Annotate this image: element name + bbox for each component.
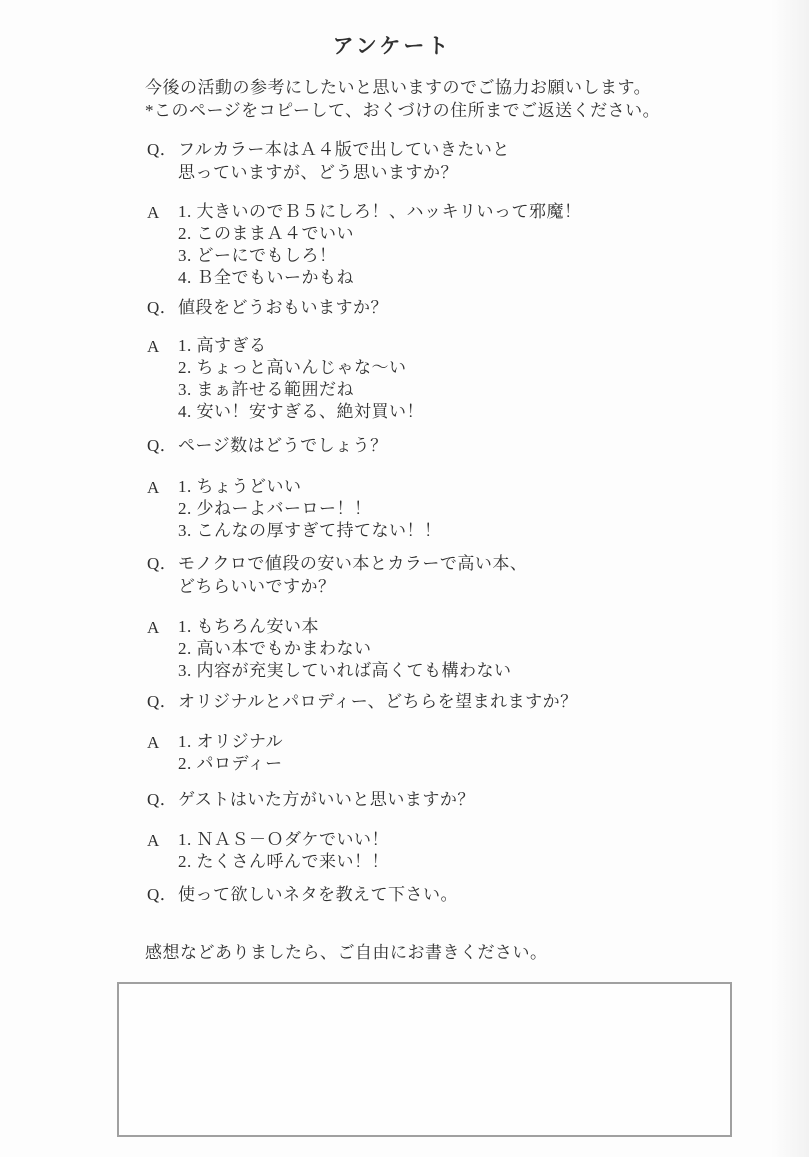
answer-option: 4. 安い！安すぎる、絶対買い！: [178, 401, 424, 423]
answer-block-2: A1. 高すぎる2. ちょっと高いんじゃな～い3. まぁ許せる範囲だね4. 安い…: [147, 335, 424, 423]
answer-option: 1. 大きいのでＢ５にしろ！、ハッキリいって邪魔！: [178, 201, 582, 223]
question-text: ページ数はどうでしょう？: [178, 434, 388, 457]
answer-block-6: A1. ＮＡＳ－Ｏダケでいい！2. たくさん呼んで来い！！: [147, 829, 389, 873]
answer-option: 2. このままＡ４でいい: [178, 223, 582, 245]
question-prefix: Q．: [147, 690, 178, 713]
question-prefix: Q．: [147, 788, 178, 811]
question-text-line: ゲストはいた方がいいと思いますか？: [178, 788, 475, 811]
question-prefix: Q．: [147, 552, 178, 575]
question-block-6: Q．ゲストはいた方がいいと思いますか？: [147, 788, 475, 811]
answer-options: 1. ちょうどいい2. 少ねーよバーロー！！3. こんなの厚すぎて持てない！！: [178, 476, 442, 542]
scanned-questionnaire-page: アンケート 今後の活動の参考にしたいと思いますのでご協力お願いします。 *このペ…: [0, 0, 809, 1157]
question-text-line: 使って欲しいネタを教えて下さい。: [178, 883, 458, 906]
comments-writein-box: [117, 982, 732, 1137]
answer-option: 3. こんなの厚すぎて持てない！！: [178, 520, 442, 542]
intro-line-1: 今後の活動の参考にしたいと思いますのでご協力お願いします。: [145, 76, 660, 99]
question-text-line: 思っていますが、どう思いますか？: [178, 161, 510, 184]
question-text-line: ページ数はどうでしょう？: [178, 434, 388, 457]
answer-option: 2. パロディー: [178, 753, 283, 775]
answer-option: 3. まぁ許せる範囲だね: [178, 379, 424, 401]
answer-block-5: A1. オリジナル2. パロディー: [147, 731, 283, 775]
answer-options: 1. オリジナル2. パロディー: [178, 731, 283, 775]
question-text: 使って欲しいネタを教えて下さい。: [178, 883, 458, 906]
answer-option: 1. ちょうどいい: [178, 476, 442, 498]
answer-option: 4. Ｂ全でもいーかもね: [178, 267, 582, 289]
intro-text: 今後の活動の参考にしたいと思いますのでご協力お願いします。 *このページをコピー…: [145, 76, 660, 122]
intro-line-2: *このページをコピーして、おくづけの住所までご返送ください。: [145, 99, 660, 122]
answer-prefix: A: [147, 335, 178, 358]
answer-option: 2. たくさん呼んで来い！！: [178, 851, 389, 873]
question-block-7: Q．使って欲しいネタを教えて下さい。: [147, 883, 458, 906]
answer-prefix: A: [147, 201, 178, 224]
answer-prefix: A: [147, 829, 178, 852]
question-text-line: オリジナルとパロディー、どちらを望まれますか？: [178, 690, 578, 713]
answer-option: 3. 内容が充実していれば高くても構わない: [178, 660, 512, 682]
question-prefix: Q．: [147, 434, 178, 457]
page-title: アンケート: [0, 33, 784, 59]
answer-block-4: A1. もちろん安い本2. 高い本でもかまわない3. 内容が充実していれば高くて…: [147, 616, 512, 682]
answer-options: 1. ＮＡＳ－Ｏダケでいい！2. たくさん呼んで来い！！: [178, 829, 389, 873]
answer-block-1: A1. 大きいのでＢ５にしろ！、ハッキリいって邪魔！2. このままＡ４でいい3.…: [147, 201, 582, 289]
answer-prefix: A: [147, 731, 178, 754]
answer-options: 1. もちろん安い本2. 高い本でもかまわない3. 内容が充実していれば高くても…: [178, 616, 512, 682]
page-edge-shadow: [771, 0, 809, 1157]
answer-options: 1. 大きいのでＢ５にしろ！、ハッキリいって邪魔！2. このままＡ４でいい3. …: [178, 201, 582, 289]
answer-prefix: A: [147, 476, 178, 499]
answer-option: 1. オリジナル: [178, 731, 283, 753]
question-text-line: モノクロで値段の安い本とカラーで高い本、: [178, 552, 527, 575]
question-prefix: Q．: [147, 883, 178, 906]
answer-options: 1. 高すぎる2. ちょっと高いんじゃな～い3. まぁ許せる範囲だね4. 安い！…: [178, 335, 424, 423]
answer-option: 2. ちょっと高いんじゃな～い: [178, 357, 424, 379]
question-text: モノクロで値段の安い本とカラーで高い本、どちらいいですか？: [178, 552, 527, 598]
question-text-line: フルカラー本はＡ４版で出していきたいと: [178, 138, 510, 161]
question-text: オリジナルとパロディー、どちらを望まれますか？: [178, 690, 578, 713]
answer-option: 1. 高すぎる: [178, 335, 424, 357]
question-prefix: Q．: [147, 296, 178, 319]
question-text: ゲストはいた方がいいと思いますか？: [178, 788, 475, 811]
question-block-1: Q．フルカラー本はＡ４版で出していきたいと思っていますが、どう思いますか？: [147, 138, 510, 184]
answer-option: 1. もちろん安い本: [178, 616, 512, 638]
answer-block-3: A1. ちょうどいい2. 少ねーよバーロー！！3. こんなの厚すぎて持てない！！: [147, 476, 442, 542]
question-block-2: Q．値段をどうおもいますか？: [147, 296, 388, 319]
question-text-line: 値段をどうおもいますか？: [178, 296, 388, 319]
answer-option: 2. 高い本でもかまわない: [178, 638, 512, 660]
answer-option: 3. どーにでもしろ！: [178, 245, 582, 267]
answer-prefix: A: [147, 616, 178, 639]
question-text-line: どちらいいですか？: [178, 575, 527, 598]
question-block-4: Q．モノクロで値段の安い本とカラーで高い本、どちらいいですか？: [147, 552, 527, 598]
question-prefix: Q．: [147, 138, 178, 161]
answer-option: 2. 少ねーよバーロー！！: [178, 498, 442, 520]
question-text: フルカラー本はＡ４版で出していきたいと思っていますが、どう思いますか？: [178, 138, 510, 184]
question-text: 値段をどうおもいますか？: [178, 296, 388, 319]
comments-label: 感想などありましたら、ご自由にお書きください。: [145, 941, 548, 964]
question-block-5: Q．オリジナルとパロディー、どちらを望まれますか？: [147, 690, 578, 713]
answer-option: 1. ＮＡＳ－Ｏダケでいい！: [178, 829, 389, 851]
question-block-3: Q．ページ数はどうでしょう？: [147, 434, 388, 457]
